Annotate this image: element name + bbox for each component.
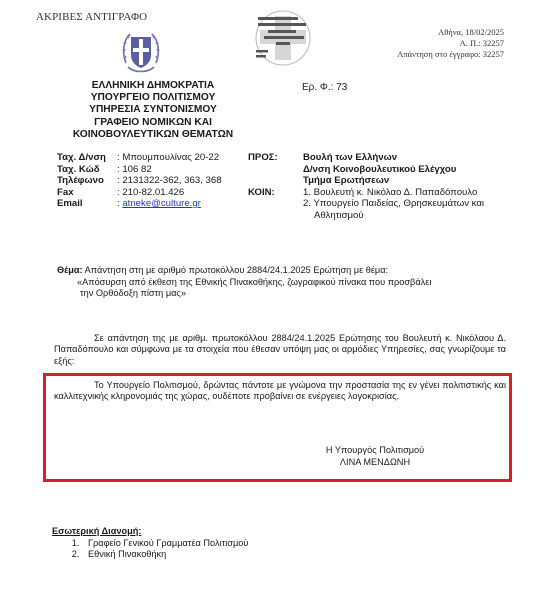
exact-copy-label: ΑΚΡΙΒΕΣ ΑΝΤΙΓΡΑΦΟ xyxy=(36,11,147,23)
to-line: Βουλή των Ελλήνων xyxy=(303,152,456,164)
phone-row: Τηλέφωνο : 2131322-362, 363, 368 xyxy=(57,175,222,187)
reply-to-document: Απάντηση στο έγγραφο: 32257 xyxy=(397,49,504,60)
fax-row: Fax : 210-82.01.426 xyxy=(57,187,222,199)
distribution-item: Εθνική Πινακοθήκη xyxy=(82,549,248,561)
cc-line: 2. Υπουργείο Παιδείας, Θρησκευμάτων και xyxy=(303,198,484,210)
to-line: Τμήμα Ερωτήσεων xyxy=(303,175,456,187)
subject-label: Θέμα: xyxy=(57,265,83,275)
phone-value: : 2131322-362, 363, 368 xyxy=(117,175,222,187)
address-value: : Μπουμπουλίνας 20-22 xyxy=(117,152,219,164)
postcode-row: Ταχ. Κώδ : 106 82 xyxy=(57,164,222,176)
intro-paragraph: Σε απάντηση της με αριθμ. πρωτοκόλλου 28… xyxy=(54,333,506,367)
official-stamp-icon xyxy=(250,8,316,68)
reference-number: Ερ. Φ.: 73 xyxy=(302,82,347,93)
postcode-label: Ταχ. Κώδ xyxy=(57,164,117,176)
org-line: ΓΡΑΦΕΙΟ ΝΟΜΙΚΩΝ ΚΑΙ xyxy=(58,117,248,129)
distribution-item: Γραφείο Γενικού Γραμματέα Πολιτισμού xyxy=(82,538,248,550)
contact-details: Ταχ. Δ/νση : Μπουμπουλίνας 20-22 Ταχ. Κώ… xyxy=(57,152,222,210)
coat-of-arms-icon xyxy=(120,27,162,77)
to-row: ΠΡΟΣ: Βουλή των Ελλήνων Δ/νση Κοινοβουλε… xyxy=(248,152,484,187)
cc-row: ΚΟΙΝ: 1. Βουλευτή κ. Νικόλαο Δ. Παπαδόπο… xyxy=(248,187,484,222)
email-label: Email xyxy=(57,198,117,210)
intro-text: Σε απάντηση της με αριθμ. πρωτοκόλλου 28… xyxy=(54,333,506,367)
org-line: ΥΠΗΡΕΣΙΑ ΣΥΝΤΟΝΙΣΜΟΥ xyxy=(58,104,248,116)
org-line: ΕΛΛΗΝΙΚΗ ΔΗΜΟΚΡΑΤΙΑ xyxy=(58,80,248,92)
body-paragraph: Το Υπουργείο Πολιτισμού, δρώντας πάντοτε… xyxy=(54,380,506,403)
fax-label: Fax xyxy=(57,187,117,199)
protocol-number: Α. Π.: 32257 xyxy=(397,38,504,49)
org-line: ΥΠΟΥΡΓΕΙΟ ΠΟΛΙΤΙΣΜΟΥ xyxy=(58,92,248,104)
subject-block: Θέμα: Απάντηση στη με αριθμό πρωτοκόλλου… xyxy=(57,265,497,300)
email-row: Email : atneke@culture.gr xyxy=(57,198,222,210)
phone-label: Τηλέφωνο xyxy=(57,175,117,187)
postcode-value: : 106 82 xyxy=(117,164,152,176)
distribution-heading: Εσωτερική Διανομή: xyxy=(52,526,248,538)
cc-label: ΚΟΙΝ: xyxy=(248,187,303,222)
address-row: Ταχ. Δ/νση : Μπουμπουλίνας 20-22 xyxy=(57,152,222,164)
internal-distribution: Εσωτερική Διανομή: Γραφείο Γενικού Γραμμ… xyxy=(52,526,248,561)
signatory-name: ΛΙΝΑ ΜΕΝΔΩΝΗ xyxy=(320,457,430,469)
to-line: Δ/νση Κοινοβουλευτικού Ελέγχου xyxy=(303,164,456,176)
issuing-organization: ΕΛΛΗΝΙΚΗ ΔΗΜΟΚΡΑΤΙΑ ΥΠΟΥΡΓΕΙΟ ΠΟΛΙΤΙΣΜΟΥ… xyxy=(58,80,248,141)
signature-block: Η Υπουργός Πολιτισμού ΛΙΝΑ ΜΕΝΔΩΝΗ xyxy=(320,445,430,468)
org-line: ΚΟΙΝΟΒΟΥΛΕΥΤΙΚΩΝ ΘΕΜΑΤΩΝ xyxy=(58,129,248,141)
place-date: Αθήνα, 18/02/2025 xyxy=(397,27,504,38)
subject-line: την Ορθόδοξη πίστη μας» xyxy=(57,288,497,300)
address-label: Ταχ. Δ/νση xyxy=(57,152,117,164)
recipients: ΠΡΟΣ: Βουλή των Ελλήνων Δ/νση Κοινοβουλε… xyxy=(248,152,484,221)
to-label: ΠΡΟΣ: xyxy=(248,152,303,187)
document-meta: Αθήνα, 18/02/2025 Α. Π.: 32257 Απάντηση … xyxy=(397,27,504,60)
fax-value: : 210-82.01.426 xyxy=(117,187,184,199)
cc-line: Αθλητισμού xyxy=(303,210,484,222)
subject-line: «Απόσυρση από έκθεση της Εθνικής Πινακοθ… xyxy=(57,277,497,289)
email-link[interactable]: atneke@culture.gr xyxy=(122,198,201,210)
subject-line: Απάντηση στη με αριθμό πρωτοκόλλου 2884/… xyxy=(83,265,388,275)
signatory-title: Η Υπουργός Πολιτισμού xyxy=(320,445,430,457)
cc-line: 1. Βουλευτή κ. Νικόλαο Δ. Παπαδόπουλο xyxy=(303,187,484,199)
